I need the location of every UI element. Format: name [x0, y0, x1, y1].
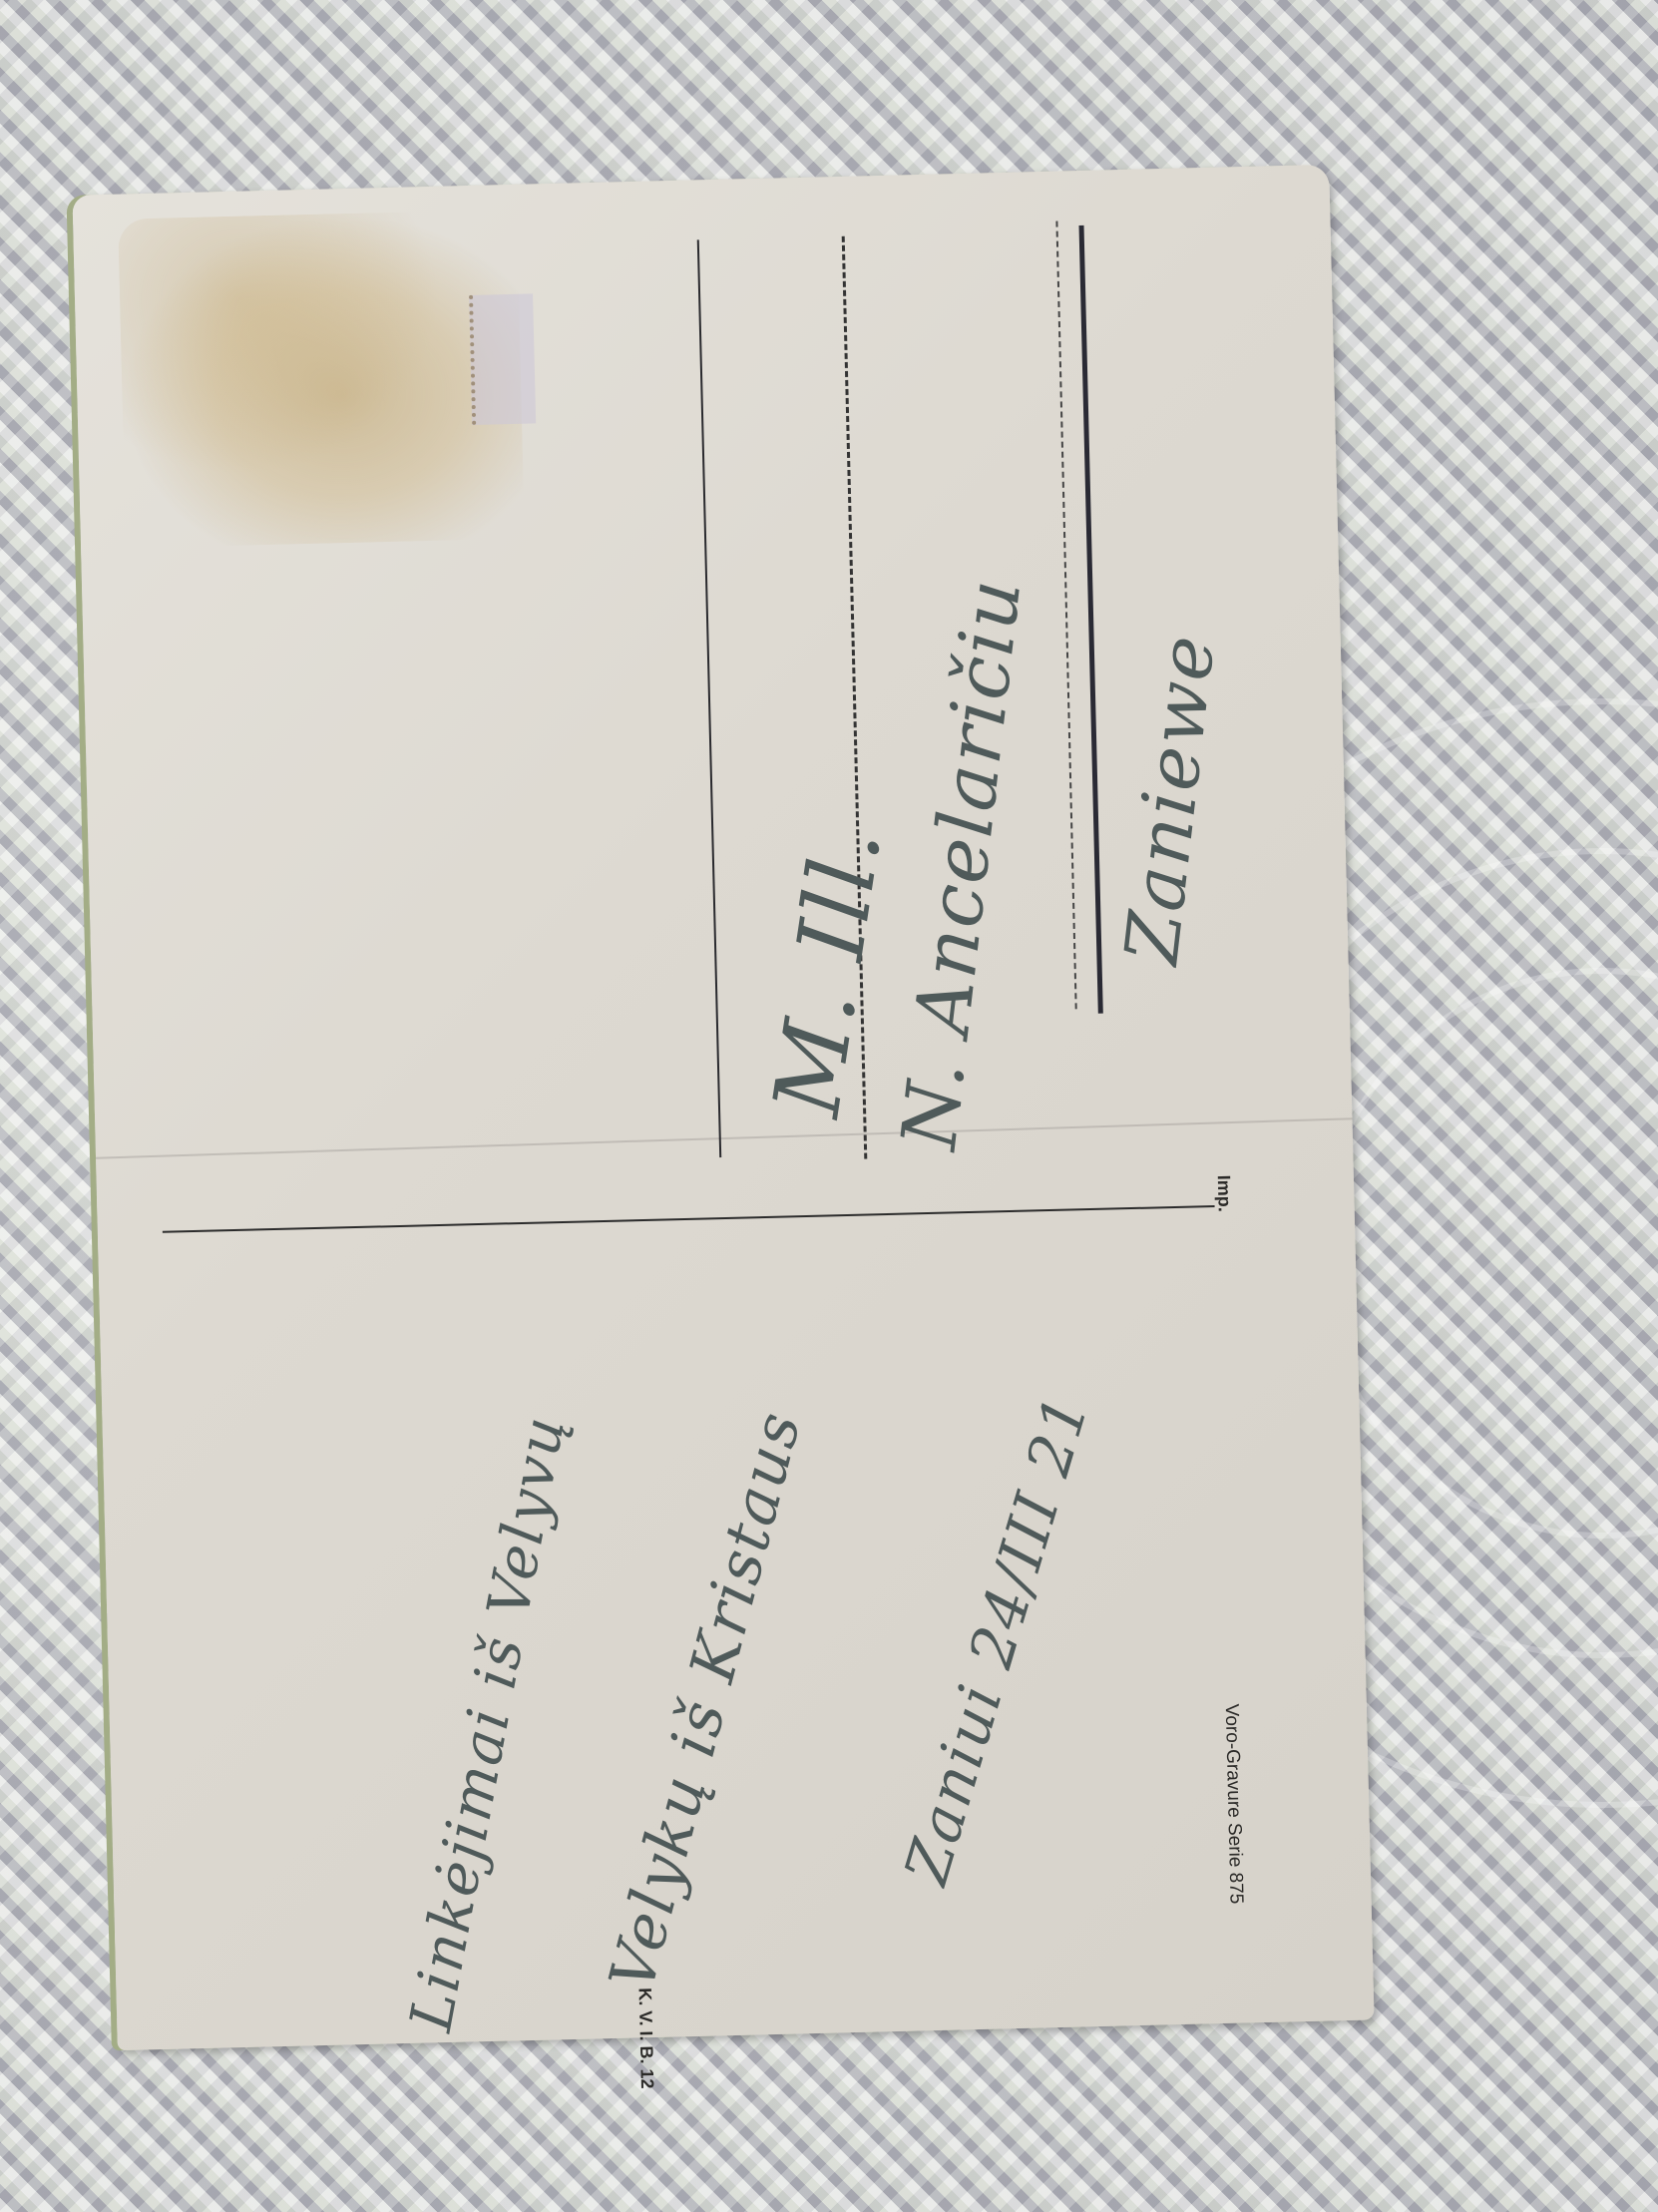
placemat-ring	[1317, 968, 1658, 1539]
message-divider	[163, 1205, 1215, 1233]
series-label: Voro-Gravure Serie 875	[1220, 1703, 1247, 1904]
imprint-label: Imp.	[1213, 1175, 1235, 1213]
address-line-3-text: Zaniewe	[1108, 630, 1232, 968]
address-line-2-text: N. Ancelaričiu	[884, 573, 1038, 1153]
message-line-3: Zaniui 24/III 21	[892, 1387, 1103, 1892]
address-line-1-text: M. Ill.	[753, 819, 902, 1122]
message-line-1: Linkėjimai iš Velyvų	[396, 1410, 578, 2036]
address-line-1	[697, 239, 721, 1157]
postcard: Imp. Voro-Gravure Serie 875 K. V. I. B. …	[72, 165, 1374, 2050]
address-line-4	[1079, 225, 1103, 1014]
address-line-3	[1055, 221, 1076, 1010]
stamp-stain	[118, 210, 525, 549]
message-line-2: Velykų iš Kristaus	[595, 1403, 815, 1997]
publisher-code: K. V. I. B. 12	[634, 1988, 657, 2089]
stamp-remnant	[469, 293, 536, 425]
fold-crease	[96, 1117, 1352, 1159]
